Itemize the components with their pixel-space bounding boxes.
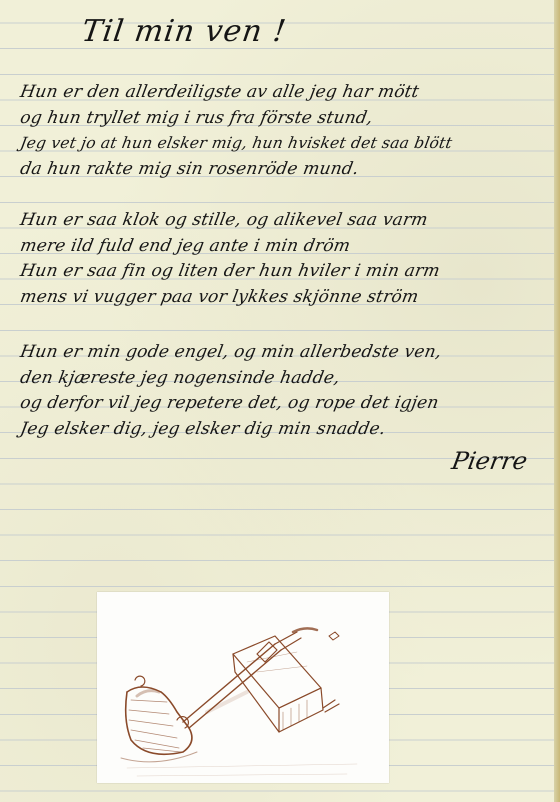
- stanza-3: Hun er min gode engel, og min allerbedst…: [18, 340, 538, 442]
- illustration-card: [97, 592, 389, 783]
- poem-line: og hun tryllet mig i rus fra förste stun…: [18, 106, 543, 132]
- poem-line: Jeg vet jo at hun elsker mig, hun hviske…: [18, 131, 543, 157]
- poem-line: mens vi vugger paa vor lykkes skjönne st…: [18, 285, 543, 311]
- poem-line: mere ild fuld end jeg ante i min dröm: [18, 234, 543, 260]
- pipe-and-matchbox-sketch: [97, 592, 389, 783]
- poem-line: Hun er saa klok og stille, og alikevel s…: [18, 208, 543, 234]
- stanza-1: Hun er den allerdeiligste av alle jeg ha…: [18, 80, 538, 182]
- notebook-page: Til min ven ! Hun er den allerdeiligste …: [0, 0, 560, 802]
- poem-line: og derfor vil jeg repetere det, og rope …: [18, 391, 543, 417]
- poem-title: Til min ven !: [80, 14, 289, 49]
- stanza-2: Hun er saa klok og stille, og alikevel s…: [18, 208, 538, 310]
- poem-line: da hun rakte mig sin rosenröde mund.: [18, 157, 543, 183]
- poem-line: Jeg elsker dig, jeg elsker dig min snadd…: [18, 417, 543, 443]
- signature: Pierre: [450, 447, 530, 475]
- poem-line: Hun er min gode engel, og min allerbedst…: [18, 340, 543, 366]
- matchbox-icon: [233, 636, 339, 732]
- poem-line: Hun er saa fin og liten der hun hviler i…: [18, 259, 543, 285]
- page-edge: [554, 0, 560, 802]
- poem-line: den kjæreste jeg nogensinde hadde,: [18, 366, 543, 392]
- poem-line: Hun er den allerdeiligste av alle jeg ha…: [18, 80, 543, 106]
